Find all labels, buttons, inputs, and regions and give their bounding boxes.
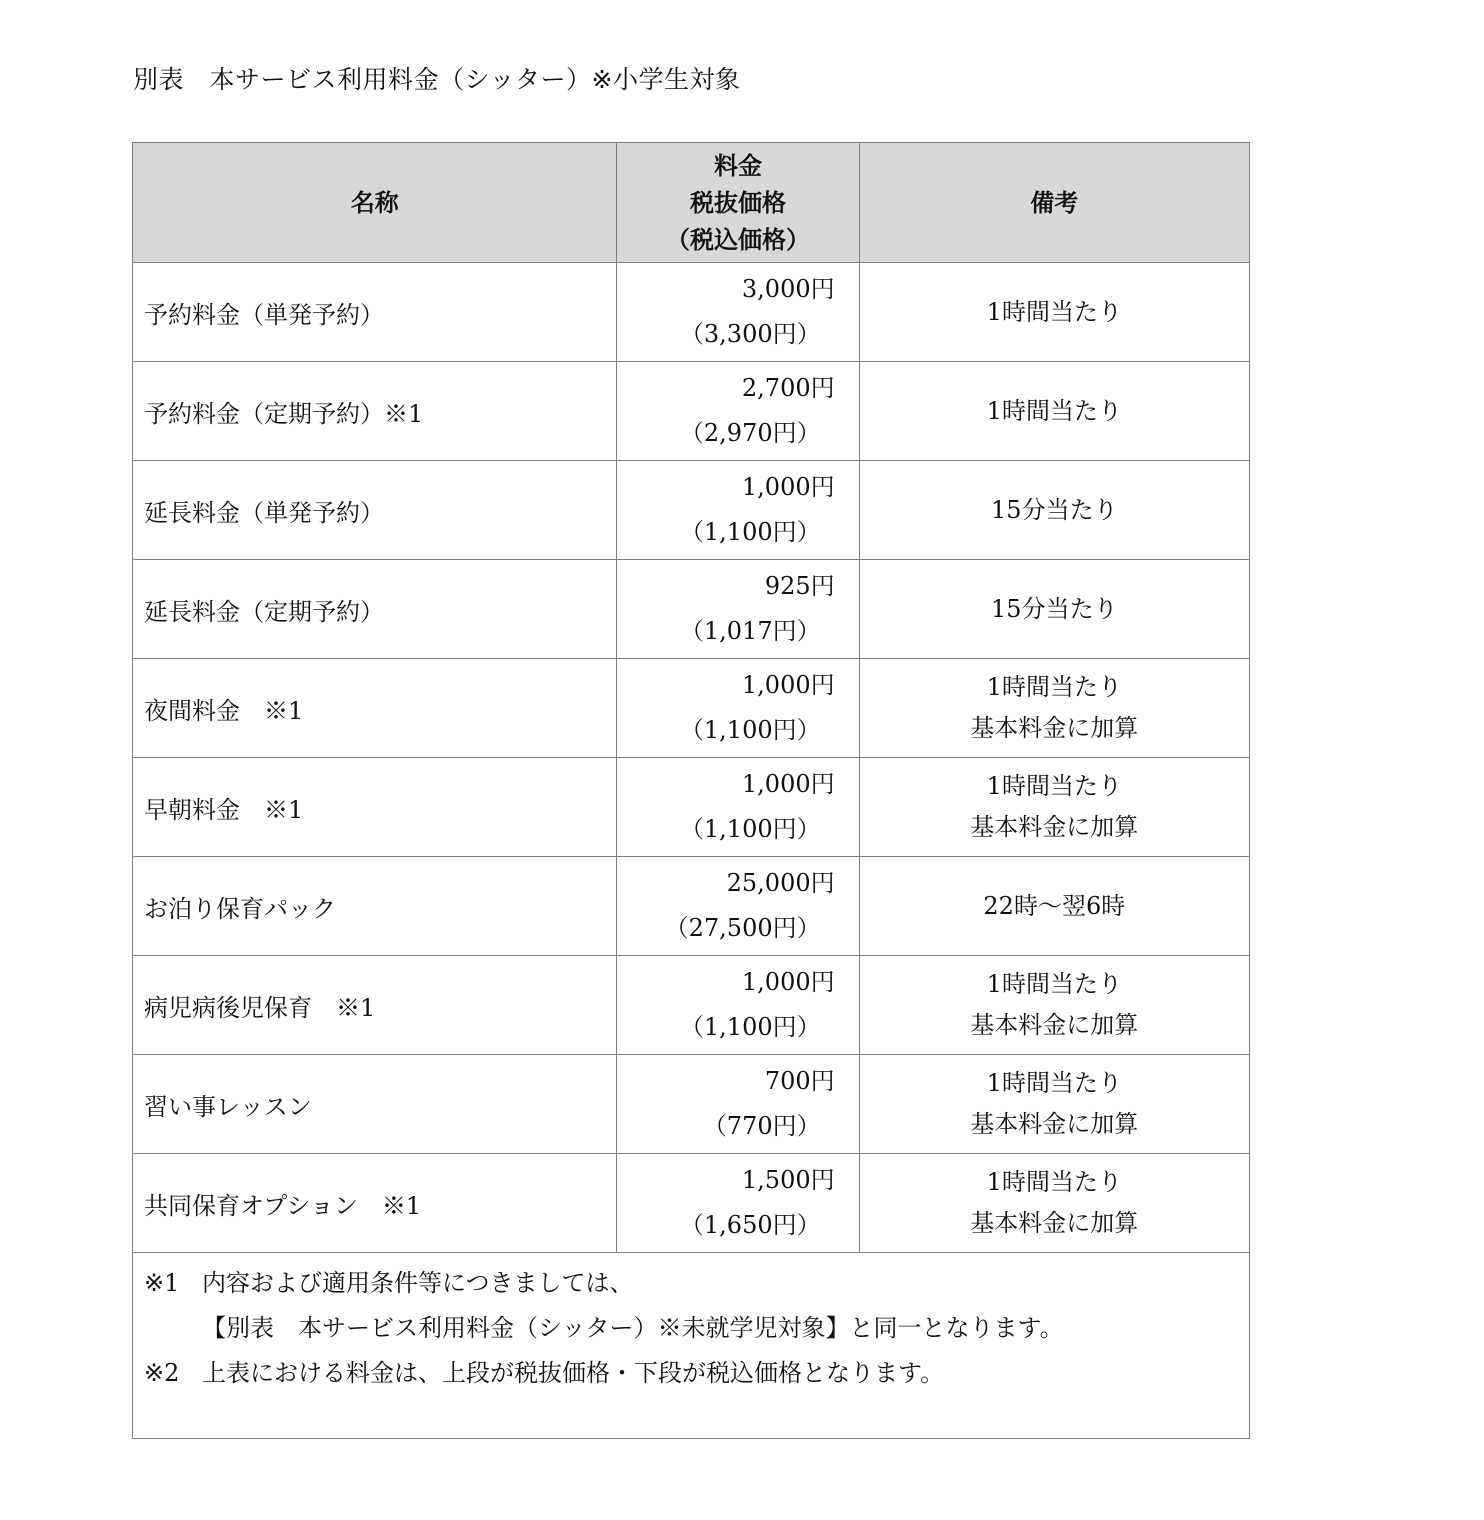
- footnotes: ※1 内容および適用条件等につきましては、 【別表 本サービス利用料金（シッター…: [133, 1253, 1250, 1439]
- price-tax-included: （3,300円）: [617, 312, 834, 357]
- note-line: 15分当たり: [860, 589, 1249, 630]
- price-tax-excluded: 1,000円: [617, 465, 834, 510]
- note-line: 1時間当たり: [860, 964, 1249, 1005]
- price-tax-excluded: 2,700円: [617, 366, 834, 411]
- row-name: 延長料金（定期予約）: [133, 560, 617, 659]
- price-tax-included: （770円）: [617, 1104, 834, 1149]
- table-row: 病児病後児保育 ※1 1,000円 （1,100円） 1時間当たり 基本料金に加…: [133, 956, 1250, 1055]
- table-row: 共同保育オプション ※1 1,500円 （1,650円） 1時間当たり 基本料金…: [133, 1154, 1250, 1253]
- row-name: 夜間料金 ※1: [133, 659, 617, 758]
- row-price: 25,000円 （27,500円）: [617, 857, 859, 956]
- document-title: 別表 本サービス利用料金（シッター）※小学生対象: [133, 60, 740, 96]
- price-tax-included: （1,650円）: [617, 1203, 834, 1248]
- row-name: 病児病後児保育 ※1: [133, 956, 617, 1055]
- row-name: お泊り保育パック: [133, 857, 617, 956]
- table-row: 夜間料金 ※1 1,000円 （1,100円） 1時間当たり 基本料金に加算: [133, 659, 1250, 758]
- row-price: 700円 （770円）: [617, 1055, 859, 1154]
- note-line: 基本料金に加算: [860, 1104, 1249, 1145]
- row-name: 予約料金（単発予約）: [133, 263, 617, 362]
- price-tax-included: （1,100円）: [617, 1005, 834, 1050]
- row-price: 1,500円 （1,650円）: [617, 1154, 859, 1253]
- price-tax-excluded: 1,000円: [617, 663, 834, 708]
- price-tax-excluded: 925円: [617, 564, 834, 609]
- header-price-line: 税抜価格: [617, 184, 858, 221]
- note-line: 1時間当たり: [860, 766, 1249, 807]
- footnote-1: ※1 内容および適用条件等につきましては、: [144, 1261, 1249, 1306]
- price-tax-excluded: 3,000円: [617, 267, 834, 312]
- note-line: 1時間当たり: [860, 391, 1249, 432]
- price-tax-included: （1,100円）: [617, 708, 834, 753]
- row-note: 1時間当たり: [859, 263, 1249, 362]
- row-price: 1,000円 （1,100円）: [617, 956, 859, 1055]
- note-line: 22時〜翌6時: [860, 886, 1249, 927]
- row-price: 925円 （1,017円）: [617, 560, 859, 659]
- row-note: 1時間当たり 基本料金に加算: [859, 1055, 1249, 1154]
- price-tax-excluded: 700円: [617, 1059, 834, 1104]
- row-note: 1時間当たり 基本料金に加算: [859, 659, 1249, 758]
- row-price: 3,000円 （3,300円）: [617, 263, 859, 362]
- row-price: 2,700円 （2,970円）: [617, 362, 859, 461]
- footnote-mark: ※2: [144, 1351, 202, 1396]
- price-tax-included: （1,100円）: [617, 807, 834, 852]
- row-name: 習い事レッスン: [133, 1055, 617, 1154]
- footnote-mark: ※1: [144, 1261, 202, 1306]
- table-row: 予約料金（定期予約）※1 2,700円 （2,970円） 1時間当たり: [133, 362, 1250, 461]
- row-price: 1,000円 （1,100円）: [617, 659, 859, 758]
- table-row: 習い事レッスン 700円 （770円） 1時間当たり 基本料金に加算: [133, 1055, 1250, 1154]
- row-note: 1時間当たり 基本料金に加算: [859, 758, 1249, 857]
- footnote-text: 上表における料金は、上段が税抜価格・下段が税込価格となります。: [202, 1351, 944, 1396]
- row-note: 15分当たり: [859, 560, 1249, 659]
- table-header-row: 名称 料金 税抜価格 （税込価格） 備考: [133, 143, 1250, 263]
- price-tax-excluded: 1,000円: [617, 960, 834, 1005]
- footnote-row: ※1 内容および適用条件等につきましては、 【別表 本サービス利用料金（シッター…: [133, 1253, 1250, 1439]
- table-row: 早朝料金 ※1 1,000円 （1,100円） 1時間当たり 基本料金に加算: [133, 758, 1250, 857]
- row-note: 1時間当たり 基本料金に加算: [859, 956, 1249, 1055]
- row-note: 15分当たり: [859, 461, 1249, 560]
- note-line: 1時間当たり: [860, 667, 1249, 708]
- footnote-text: 内容および適用条件等につきましては、: [202, 1261, 634, 1306]
- row-price: 1,000円 （1,100円）: [617, 758, 859, 857]
- table-row: お泊り保育パック 25,000円 （27,500円） 22時〜翌6時: [133, 857, 1250, 956]
- header-price-line: （税込価格）: [617, 221, 858, 258]
- header-price-line: 料金: [617, 147, 858, 184]
- note-line: 1時間当たり: [860, 1162, 1249, 1203]
- footnote-2: ※2 上表における料金は、上段が税抜価格・下段が税込価格となります。: [144, 1351, 1249, 1396]
- price-tax-excluded: 1,500円: [617, 1158, 834, 1203]
- footnote-text-continued: 【別表 本サービス利用料金（シッター）※未就学児対象】と同一となります。: [144, 1306, 1249, 1351]
- note-line: 基本料金に加算: [860, 1005, 1249, 1046]
- row-name: 延長料金（単発予約）: [133, 461, 617, 560]
- price-tax-included: （1,100円）: [617, 510, 834, 555]
- row-note: 22時〜翌6時: [859, 857, 1249, 956]
- price-tax-included: （2,970円）: [617, 411, 834, 456]
- price-table: 名称 料金 税抜価格 （税込価格） 備考 予約料金（単発予約） 3,000円 （…: [132, 142, 1250, 1439]
- note-line: 基本料金に加算: [860, 807, 1249, 848]
- row-name: 早朝料金 ※1: [133, 758, 617, 857]
- note-line: 1時間当たり: [860, 1063, 1249, 1104]
- table-row: 延長料金（定期予約） 925円 （1,017円） 15分当たり: [133, 560, 1250, 659]
- price-tax-included: （27,500円）: [617, 906, 834, 951]
- row-name: 予約料金（定期予約）※1: [133, 362, 617, 461]
- table-row: 延長料金（単発予約） 1,000円 （1,100円） 15分当たり: [133, 461, 1250, 560]
- row-price: 1,000円 （1,100円）: [617, 461, 859, 560]
- header-name: 名称: [133, 143, 617, 263]
- note-line: 基本料金に加算: [860, 708, 1249, 749]
- price-tax-excluded: 25,000円: [617, 861, 834, 906]
- note-line: 基本料金に加算: [860, 1203, 1249, 1244]
- price-tax-included: （1,017円）: [617, 609, 834, 654]
- note-line: 15分当たり: [860, 490, 1249, 531]
- row-note: 1時間当たり: [859, 362, 1249, 461]
- row-name: 共同保育オプション ※1: [133, 1154, 617, 1253]
- row-note: 1時間当たり 基本料金に加算: [859, 1154, 1249, 1253]
- header-note: 備考: [859, 143, 1249, 263]
- header-price: 料金 税抜価格 （税込価格）: [617, 143, 859, 263]
- table-row: 予約料金（単発予約） 3,000円 （3,300円） 1時間当たり: [133, 263, 1250, 362]
- note-line: 1時間当たり: [860, 292, 1249, 333]
- price-tax-excluded: 1,000円: [617, 762, 834, 807]
